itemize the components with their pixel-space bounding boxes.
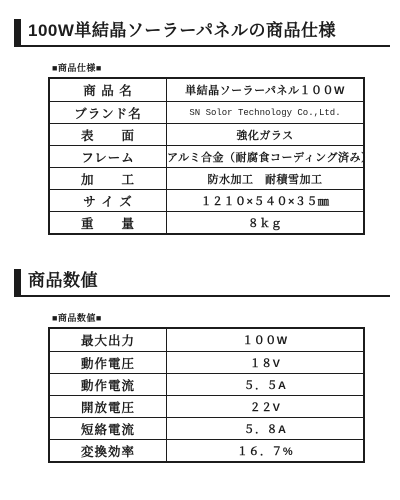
table-caption: ■商品数値■ (52, 311, 400, 324)
table-row: 重 量 ８ｋｇ (50, 211, 363, 233)
table-row: 商 品 名 単結晶ソーラーパネル１００W (50, 79, 363, 101)
row-label-cell: 表 面 (50, 124, 167, 145)
heading-accent-bar (14, 269, 21, 295)
row-value-cell: １６．７% (167, 440, 363, 461)
section-product-values: 商品数値 ■商品数値■ 最大出力 １００W 動作電圧 １８V 動作電流 ５．５A… (0, 268, 400, 463)
row-value-cell: ８ｋｇ (167, 212, 363, 233)
row-label-cell: 最大出力 (50, 329, 167, 351)
row-label-cell: サ イ ズ (50, 190, 167, 211)
spec-sheet-page: { "page": { "ink_color": "#1c1c1c", "bac… (0, 0, 400, 500)
section-heading: 商品数値 (28, 272, 98, 291)
product-spec-table: 商 品 名 単結晶ソーラーパネル１００W ブランド名 SN Solor Tech… (48, 77, 365, 235)
row-value-cell: １００W (167, 329, 363, 351)
row-value-cell: ５．８A (167, 418, 363, 439)
row-label-cell: 動作電圧 (50, 352, 167, 373)
row-value-cell: 強化ガラス (167, 124, 363, 145)
row-value-cell: １２１０×５４０×３５㎜ (167, 190, 363, 211)
section-heading: 100W単結晶ソーラーパネルの商品仕様 (28, 22, 336, 41)
table-row: フレーム アルミ合金（耐腐食コーディング済み） (50, 145, 363, 167)
row-label-cell: 開放電圧 (50, 396, 167, 417)
row-label-cell: 動作電流 (50, 374, 167, 395)
section-product-spec: 100W単結晶ソーラーパネルの商品仕様 ■商品仕様■ 商 品 名 単結晶ソーラー… (0, 18, 400, 235)
table-row: 最大出力 １００W (50, 329, 363, 351)
row-label-cell: フレーム (50, 146, 167, 167)
product-values-table: 最大出力 １００W 動作電圧 １８V 動作電流 ５．５A 開放電圧 ２２V 短絡… (48, 327, 365, 463)
section-heading-row: 商品数値 (14, 268, 390, 297)
table-row: サ イ ズ １２１０×５４０×３５㎜ (50, 189, 363, 211)
row-value-cell: 防水加工 耐積雪加工 (167, 168, 363, 189)
table-row: ブランド名 SN Solor Technology Co.,Ltd. (50, 101, 363, 123)
row-value-cell: １８V (167, 352, 363, 373)
table-row: 表 面 強化ガラス (50, 123, 363, 145)
row-label-cell: 商 品 名 (50, 79, 167, 101)
row-value-cell: ５．５A (167, 374, 363, 395)
table-row: 開放電圧 ２２V (50, 395, 363, 417)
table-caption: ■商品仕様■ (52, 61, 400, 74)
row-value-cell: ２２V (167, 396, 363, 417)
heading-accent-bar (14, 19, 21, 45)
row-value-cell: SN Solor Technology Co.,Ltd. (167, 102, 363, 123)
row-value-cell: アルミ合金（耐腐食コーディング済み） (167, 146, 372, 167)
table-row: 短絡電流 ５．８A (50, 417, 363, 439)
table-row: 加 工 防水加工 耐積雪加工 (50, 167, 363, 189)
table-row: 動作電圧 １８V (50, 351, 363, 373)
row-label-cell: 変換効率 (50, 440, 167, 461)
table-row: 変換効率 １６．７% (50, 439, 363, 461)
section-heading-row: 100W単結晶ソーラーパネルの商品仕様 (14, 18, 390, 47)
row-value-cell: 単結晶ソーラーパネル１００W (167, 79, 363, 101)
row-label-cell: 重 量 (50, 212, 167, 233)
row-label-cell: ブランド名 (50, 102, 167, 123)
row-label-cell: 短絡電流 (50, 418, 167, 439)
table-row: 動作電流 ５．５A (50, 373, 363, 395)
row-label-cell: 加 工 (50, 168, 167, 189)
